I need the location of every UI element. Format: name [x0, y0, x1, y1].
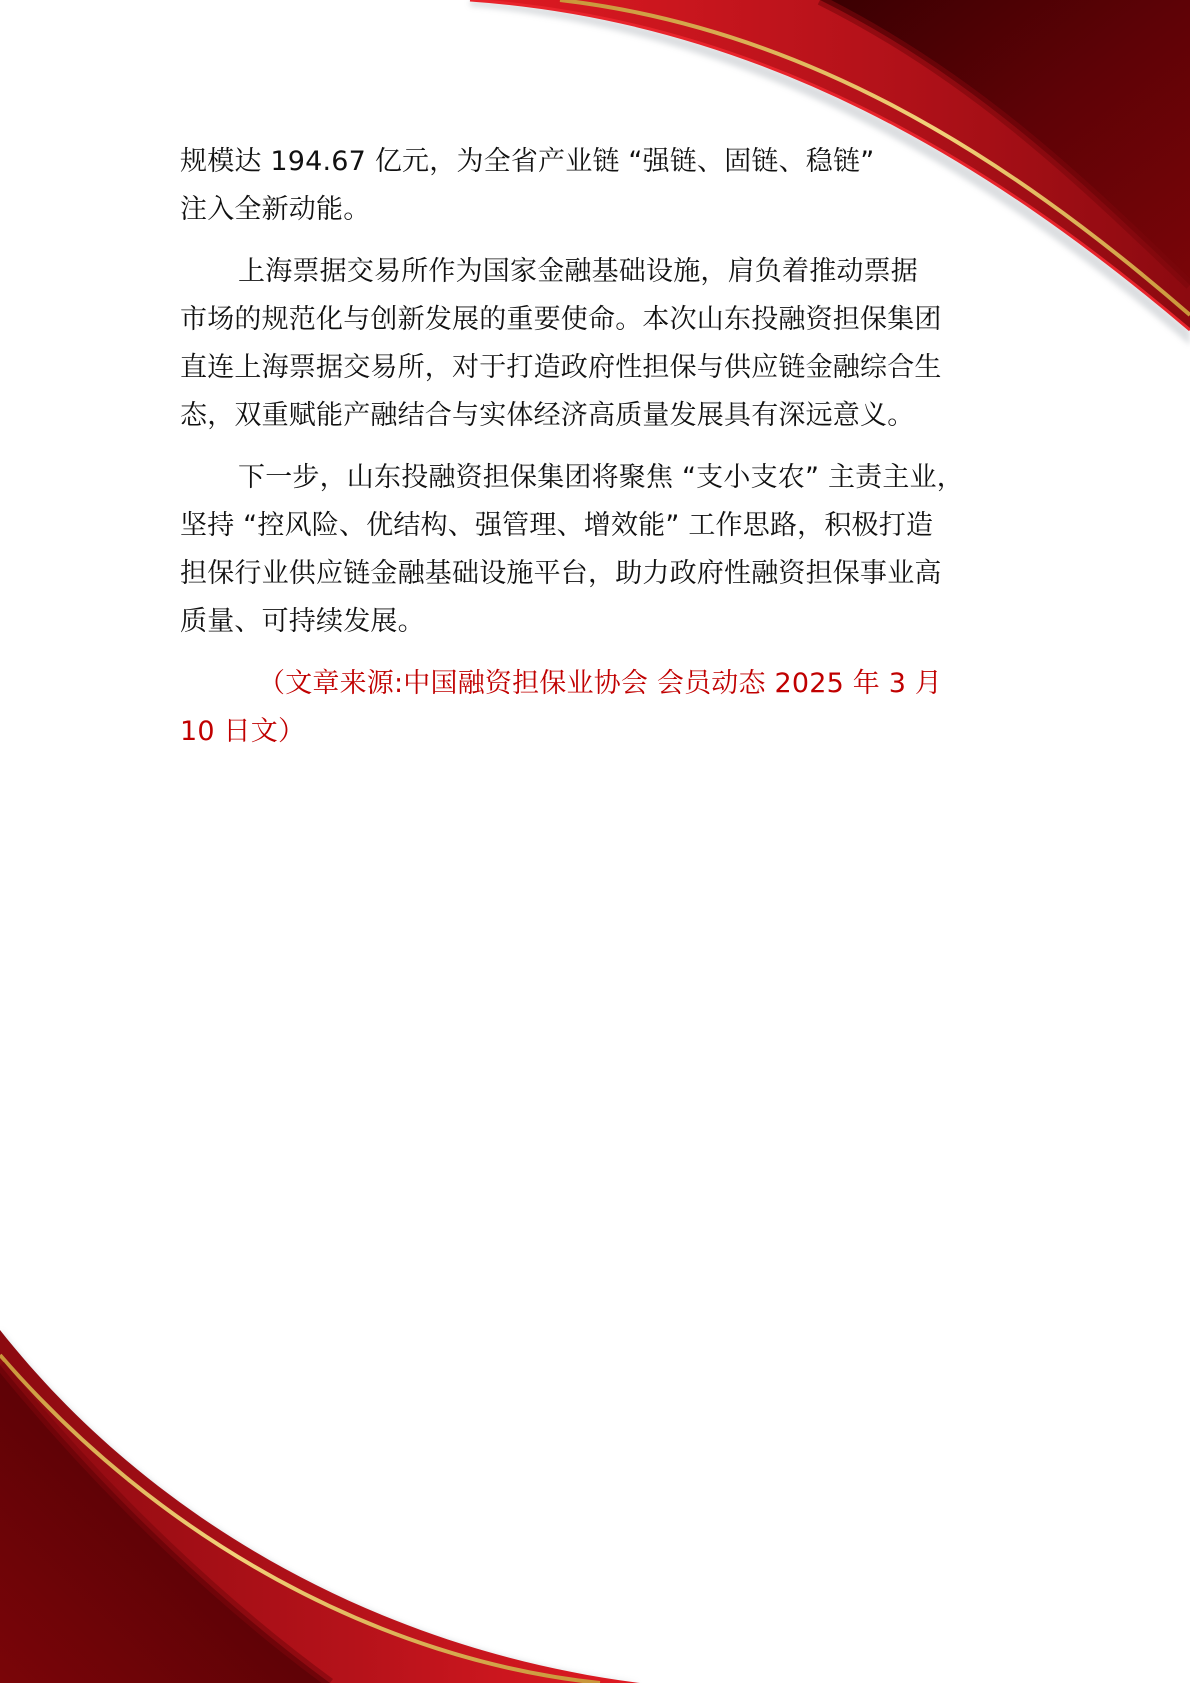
text-line: 下一步，山东投融资担保集团将聚焦 “支小支农” 主责主业， — [238, 461, 964, 495]
text-line: 担保行业供应链金融基础设施平台，助力政府性融资担保事业高 — [180, 557, 942, 591]
text-line: 上海票据交易所作为国家金融基础设施，肩负着推动票据 — [238, 255, 918, 289]
decorative-ribbon-frame — [0, 0, 1190, 1683]
bottom-left-ribbon — [0, 1330, 640, 1683]
source-line: 10 日文） — [180, 715, 305, 749]
text-line: 规模达 194.67 亿元，为全省产业链 “强链、固链、稳链” — [180, 145, 874, 179]
text-line: 质量、可持续发展。 — [180, 605, 425, 639]
text-line: 市场的规范化与创新发展的重要使命。本次山东投融资担保集团 — [180, 303, 942, 337]
text-line: 态，双重赋能产融结合与实体经济高质量发展具有深远意义。 — [180, 399, 914, 433]
text-line: 注入全新动能。 — [180, 193, 370, 227]
source-line: （文章来源:中国融资担保业协会 会员动态 2025 年 3 月 — [258, 667, 942, 701]
text-line: 坚持 “控风险、优结构、强管理、增效能” 工作思路，积极打造 — [180, 509, 933, 543]
document-page: 规模达 194.67 亿元，为全省产业链 “强链、固链、稳链” 注入全新动能。 … — [0, 0, 1190, 1683]
text-line: 直连上海票据交易所，对于打造政府性担保与供应链金融综合生 — [180, 351, 942, 385]
